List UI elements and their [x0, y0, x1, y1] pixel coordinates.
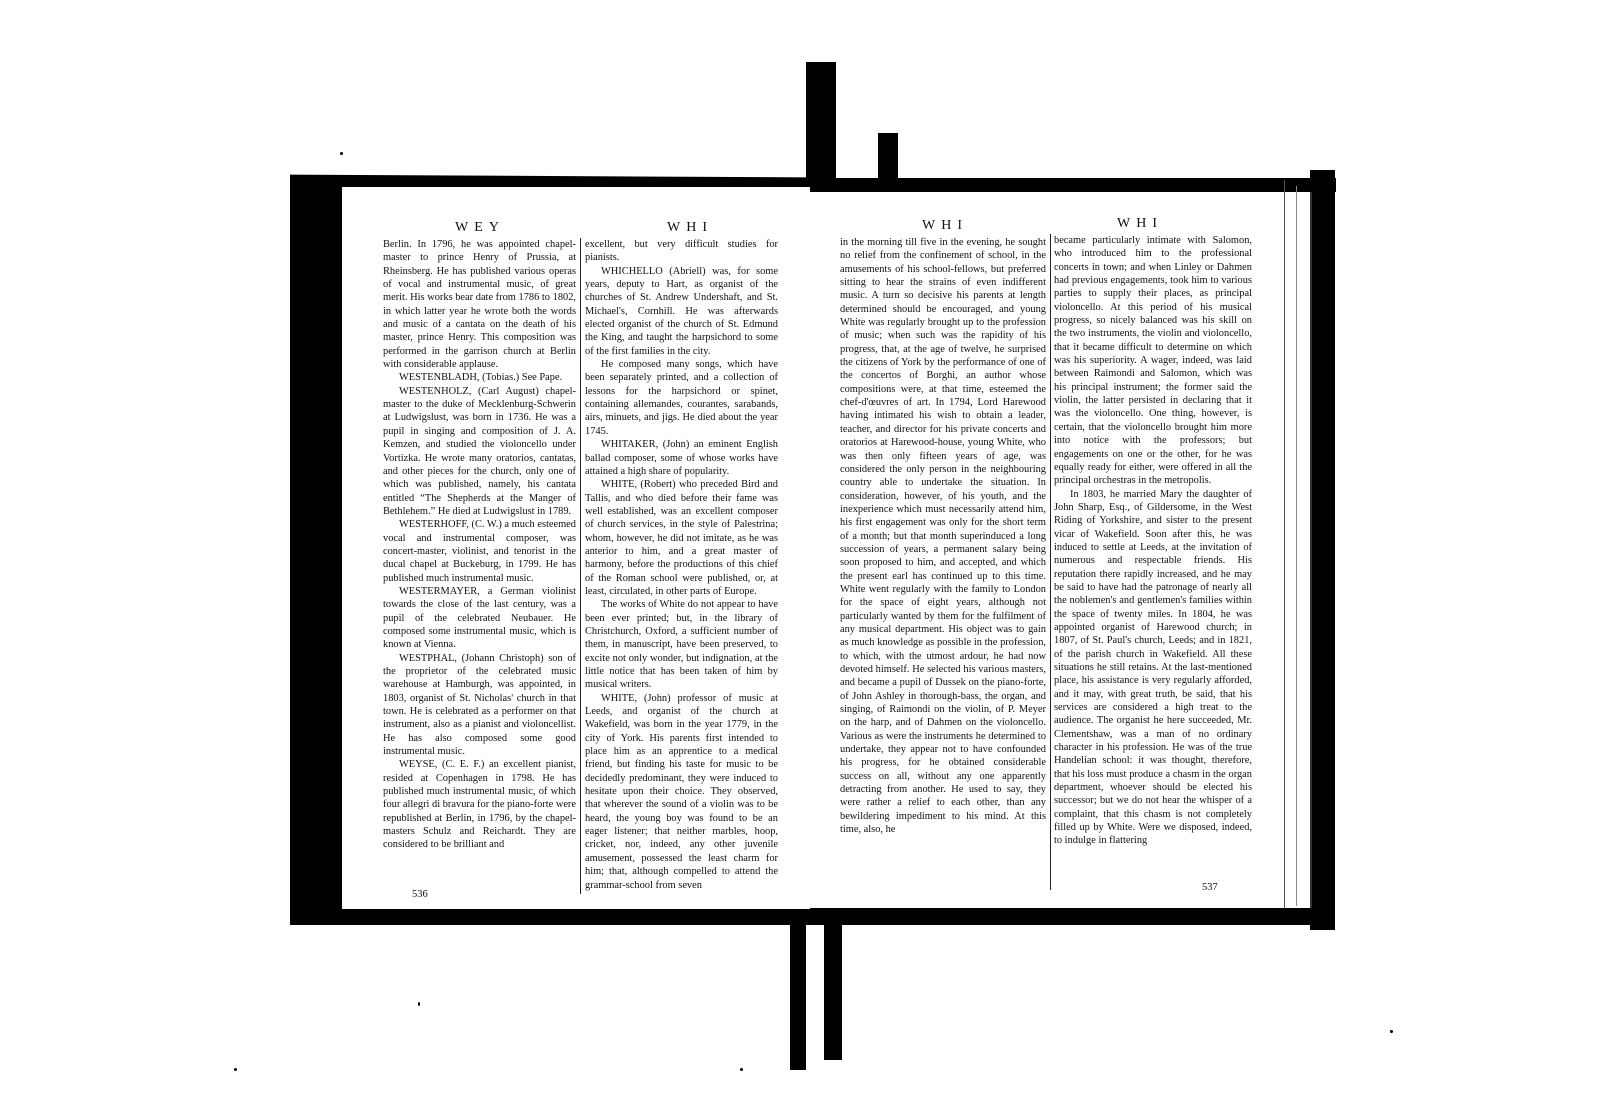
paragraph: Berlin. In 1796, he was appointed chapel… [383, 238, 576, 371]
paragraph: excellent, but very difficult studies fo… [585, 238, 778, 265]
text-column: Berlin. In 1796, he was appointed chapel… [383, 238, 576, 852]
scan-border-left [290, 178, 350, 918]
paragraph: became particularly intimate with Salomo… [1054, 234, 1252, 488]
column-header: WEY [380, 220, 580, 236]
scan-spine-bottom-2 [824, 925, 842, 1060]
paragraph: He composed many songs, which have been … [585, 358, 778, 438]
entry-westenholz: WESTENHOLZ, (Carl August) chapel-master … [383, 385, 576, 518]
scan-spine-bottom-1 [790, 920, 806, 1070]
entry-weyse: WEYSE, (C. E. F.) an excellent pianist, … [383, 758, 576, 851]
scan-speck [740, 1068, 743, 1071]
entry-white-robert: WHITE, (Robert) who preceded Bird and Ta… [585, 478, 778, 598]
column-header: WHI [590, 220, 790, 236]
text-column: in the morning till five in the evening,… [840, 236, 1046, 836]
entry-westphal: WESTPHAL, (Johann Christoph) son of the … [383, 652, 576, 759]
paragraph: In 1803, he married Mary the daughter of… [1054, 488, 1252, 848]
column-header: WHI [845, 218, 1045, 234]
scan-border-right [1310, 170, 1335, 930]
paragraph: in the morning till five in the evening,… [840, 236, 1046, 836]
entry-westermayer: WESTERMAYER, a German violinist towards … [383, 585, 576, 652]
column-divider [580, 238, 581, 894]
scan-speck [340, 152, 343, 155]
entry-westerhoff: WESTERHOFF, (C. W.) a much esteemed voca… [383, 518, 576, 585]
text-column: became particularly intimate with Salomo… [1054, 234, 1252, 848]
column-divider [1050, 234, 1051, 890]
scan-speck [418, 1002, 420, 1006]
entry-whitaker: WHITAKER, (John) an eminent English ball… [585, 438, 778, 478]
page-edge-line [1284, 180, 1285, 908]
column-header: WHI [1040, 216, 1240, 232]
scan-speck [1390, 1030, 1393, 1033]
text-column: excellent, but very difficult studies fo… [585, 238, 778, 892]
scan-speck [234, 1068, 237, 1071]
page-number: 536 [412, 889, 428, 900]
entry-whichello: WHICHELLO (Abriell) was, for some years,… [585, 265, 778, 358]
paragraph: The works of White do not appear to have… [585, 598, 778, 691]
scan-border-top-right [806, 178, 1336, 192]
page-number: 537 [1202, 882, 1218, 893]
page-edge-line-2 [1296, 186, 1297, 906]
entry-white-john: WHITE, (John) professor of music at Leed… [585, 692, 778, 892]
scan-spine-tab-1 [806, 62, 836, 192]
entry-westenbladh: WESTENBLADH, (Tobias.) See Pape. [383, 371, 576, 384]
